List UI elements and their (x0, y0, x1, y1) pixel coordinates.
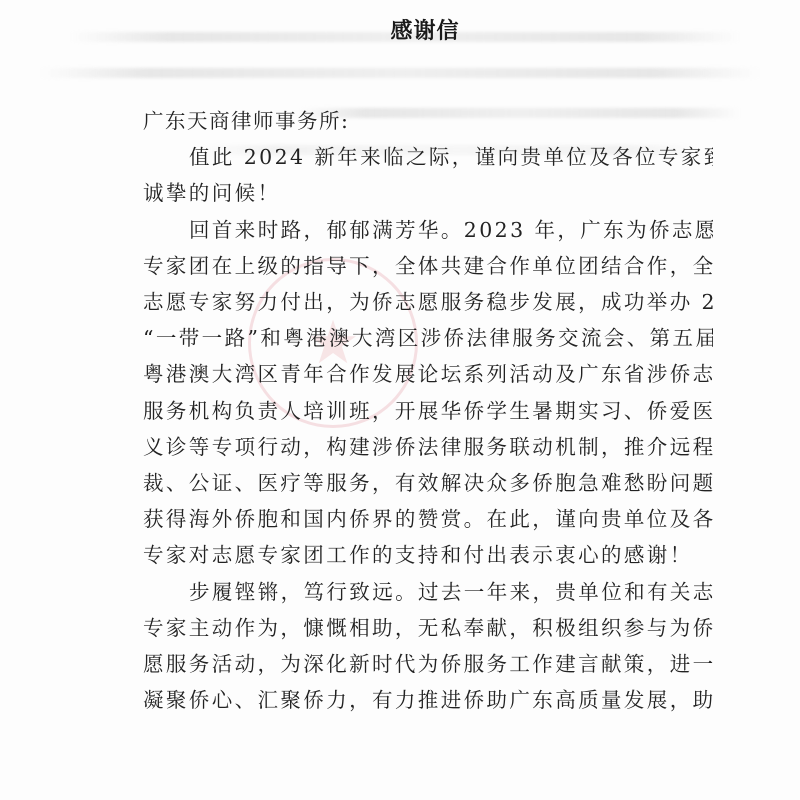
paragraph-line: 粤港澳大湾区青年合作发展论坛系列活动及广东省涉侨志愿 (143, 356, 713, 392)
paragraph-line: 专家主动作为，慷慨相助，无私奉献，积极组织参与为侨志 (143, 610, 713, 646)
paragraph-line: 值此 2024 新年来临之际，谨向贵单位及各位专家致以最 (143, 139, 713, 175)
paragraph-line: 凝聚侨心、汇聚侨力，有力推进侨助广东高质量发展，助力 (143, 682, 713, 718)
paragraph-line: “一带一路”和粤港澳大湾区涉侨法律服务交流会、第五届 (143, 320, 713, 356)
letter-body: 广东天商律师事务所: 值此 2024 新年来临之际，谨向贵单位及各位专家致以最 … (143, 103, 713, 718)
paragraph-line: 专家对志愿专家团工作的支持和付出表示衷心的感谢！ (143, 537, 713, 573)
paragraph-line: 愿服务活动，为深化新时代为侨服务工作建言献策，进一步 (143, 646, 713, 682)
show-through-line (40, 68, 760, 78)
salutation: 广东天商律师事务所: (143, 103, 713, 139)
paragraph-line: 步履铿锵，笃行致远。过去一年来，贵单位和有关志愿 (143, 574, 713, 610)
paragraph-line: 志愿专家努力付出，为侨志愿服务稳步发展，成功举办 2023 (143, 284, 713, 320)
paragraph-line: 获得海外侨胞和国内侨界的赞赏。在此，谨向贵单位及各位 (143, 501, 713, 537)
paragraph-line: 回首来时路，郁郁满芳华。2023 年，广东为侨志愿服务 (143, 212, 713, 248)
paragraph-line: 诚挚的问候！ (143, 175, 713, 211)
paragraph-line: 专家团在上级的指导下，全体共建合作单位团结合作，全体 (143, 248, 713, 284)
paragraph-line: 裁、公证、医疗等服务，有效解决众多侨胞急难愁盼问题， (143, 465, 713, 501)
paragraph-line: 服务机构负责人培训班，开展华侨学生暑期实习、侨爱医疗 (143, 393, 713, 429)
paragraph-line: 义诊等专项行动，构建涉侨法律服务联动机制，推介远程仲 (143, 429, 713, 465)
letter-page: ★ 感谢信 广东天商律师事务所: 值此 2024 新年来临之际，谨向贵单位及各位… (0, 0, 800, 800)
letter-title: 感谢信 (0, 14, 800, 45)
